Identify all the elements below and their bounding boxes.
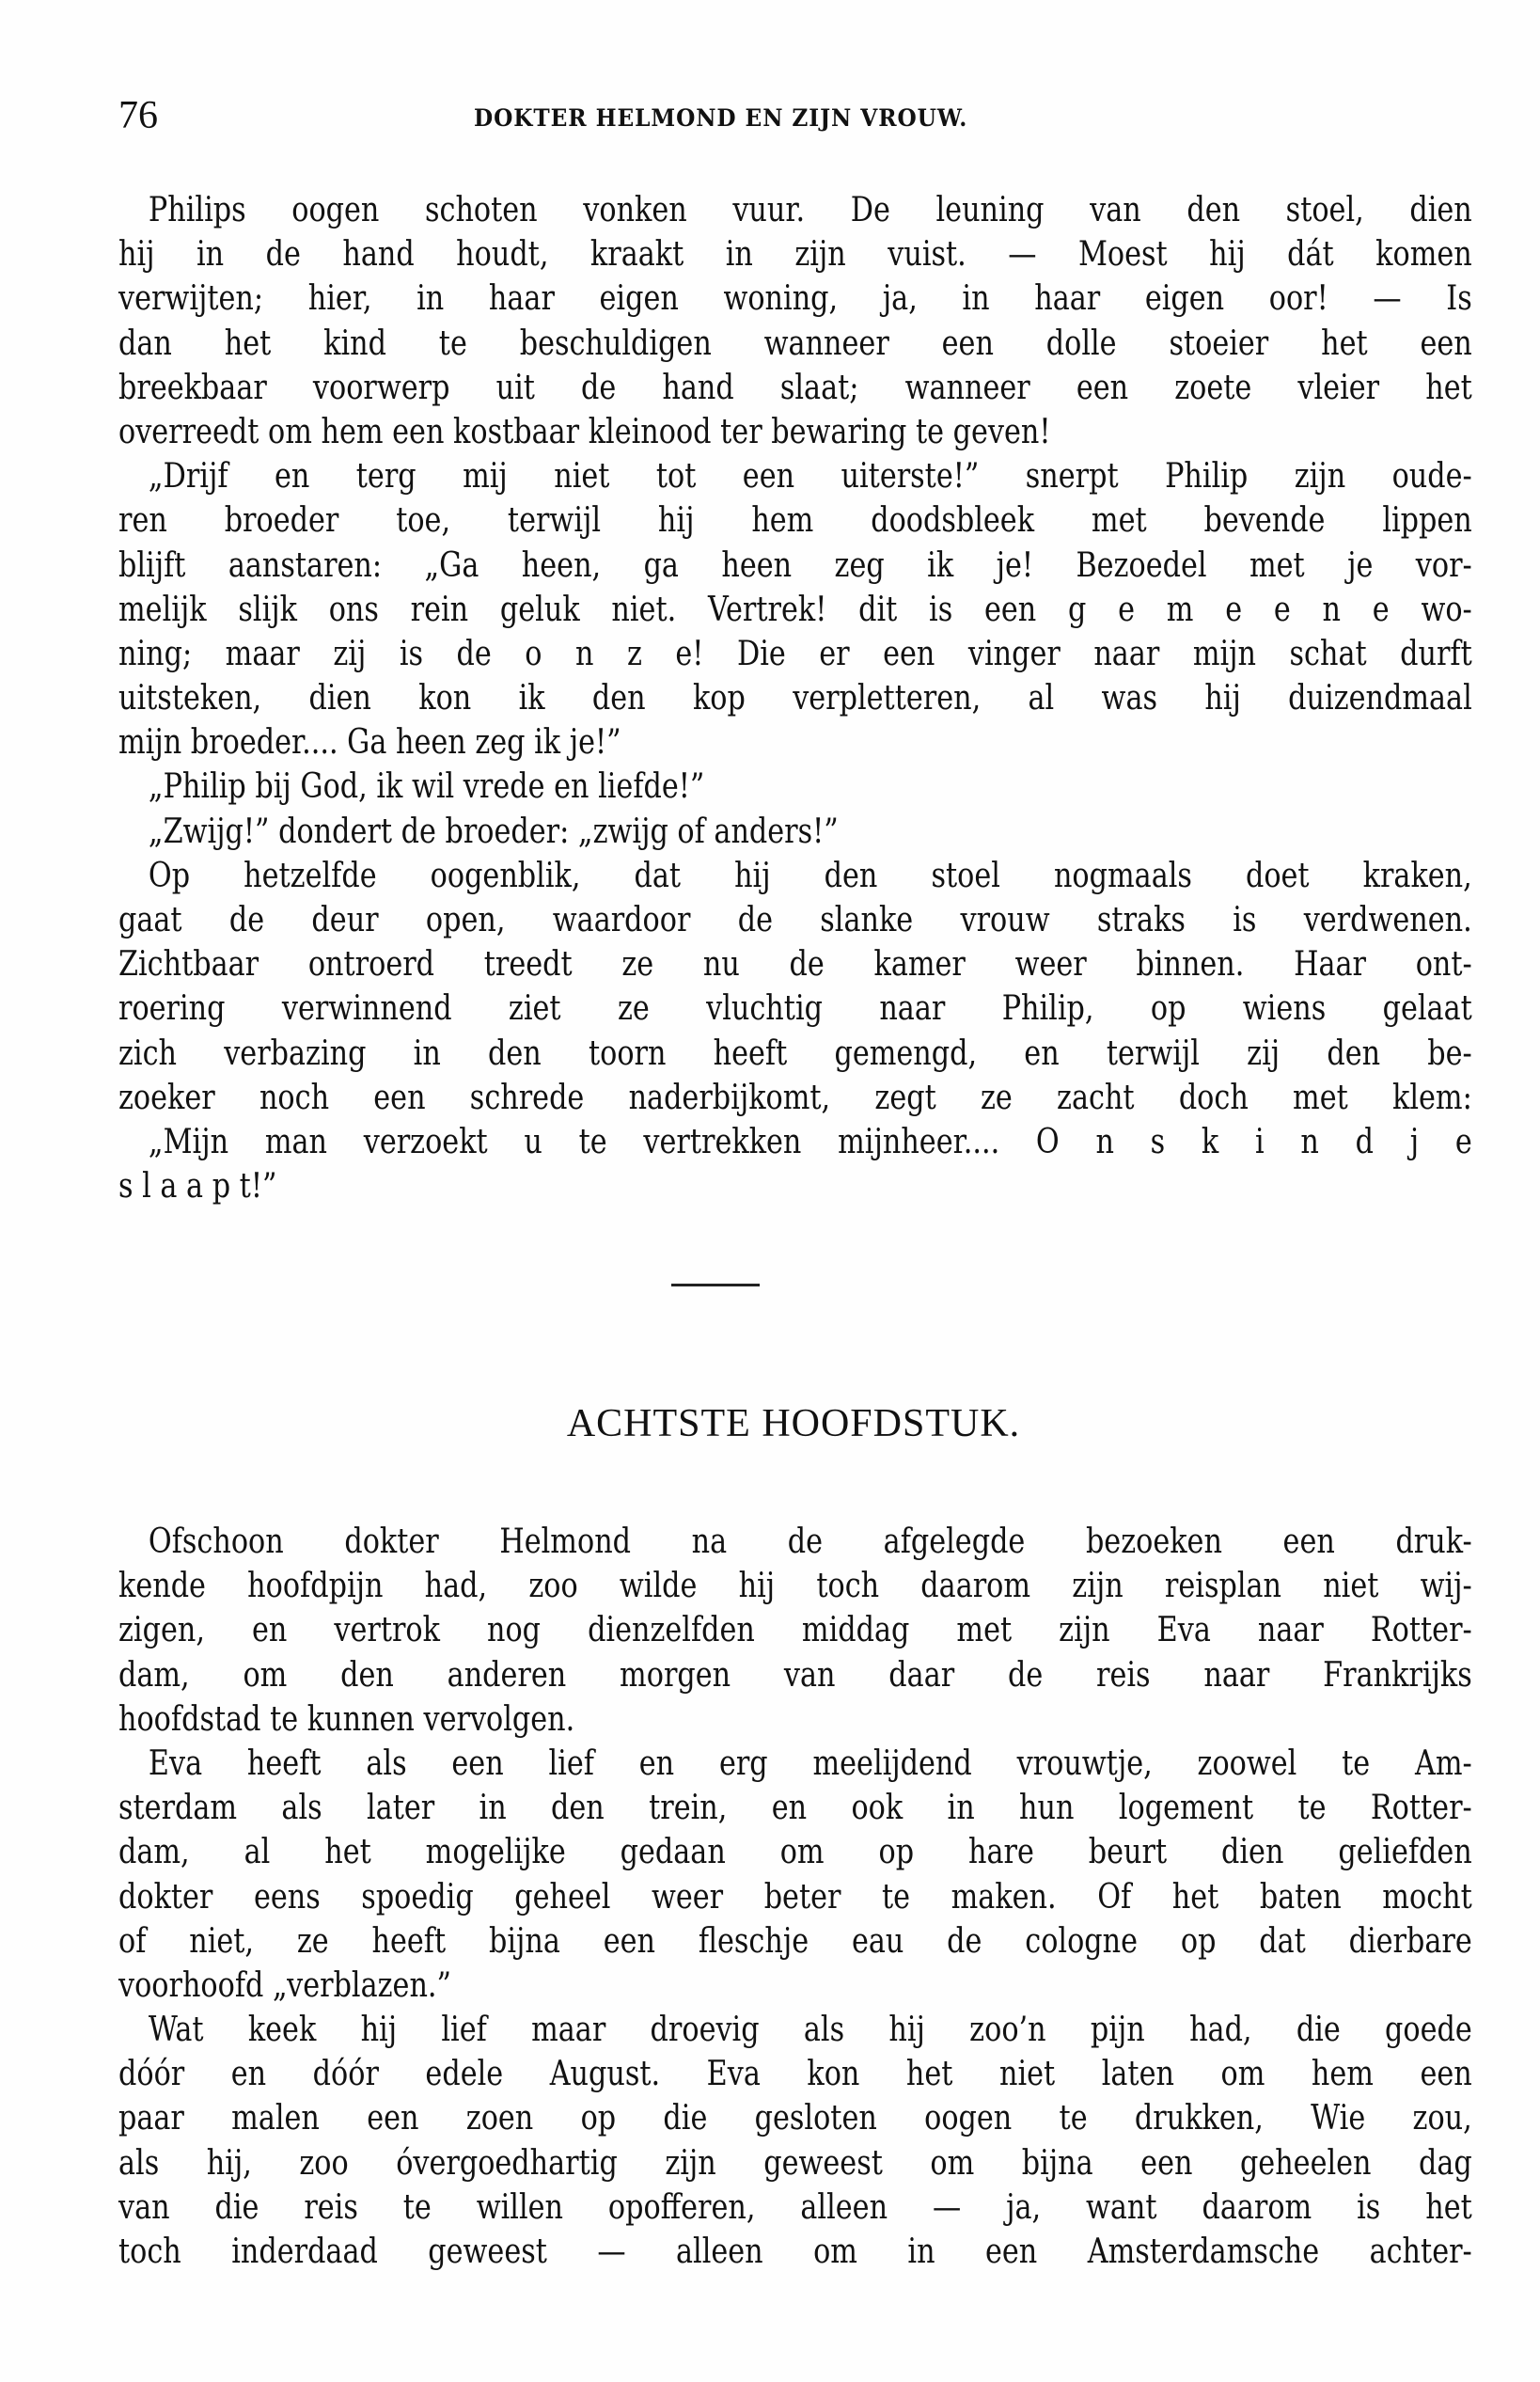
text-line: toch inderdaad geweest — alleen om in ee… xyxy=(118,2230,1472,2274)
text-line: Eva heeft als een lief en erg meelijdend… xyxy=(118,1742,1472,1786)
text-line: of niet, ze heeft bijna een fleschje eau… xyxy=(118,1919,1472,1964)
text-line: dam, om den anderen morgen van daar de r… xyxy=(118,1653,1472,1697)
text-line: ning; maar zij is de o n z e! Die er een… xyxy=(118,632,1472,676)
text-line: Wat keek hij lief maar droevig als hij z… xyxy=(118,2008,1472,2052)
text-line: sterdam als later in den trein, en ook i… xyxy=(118,1786,1472,1830)
text-line: „Drijf en terg mij niet tot een uiterste… xyxy=(118,454,1472,498)
text-line: melijk slijk ons rein geluk niet. Vertre… xyxy=(118,588,1472,632)
text-section-1: Philips oogen schoten vonken vuur. De le… xyxy=(118,188,1472,1208)
text-line: „Mijn man verzoekt u te vertrekken mijnh… xyxy=(118,1120,1472,1164)
text-line: zigen, en vertrok nog dienzelfden middag… xyxy=(118,1608,1472,1652)
text-line: als hij, zoo óvergoedhartig zijn geweest… xyxy=(118,2141,1472,2185)
text-line: zoeker noch een schrede naderbijkomt, ze… xyxy=(118,1076,1472,1120)
text-line: mijn broeder.... Ga heen zeg ik je!” xyxy=(118,720,1472,765)
text-line: s l a a p t!” xyxy=(118,1164,1472,1208)
text-line: ren broeder toe, terwijl hij hem doodsbl… xyxy=(118,498,1472,543)
text-line: gaat de deur open, waardoor de slanke vr… xyxy=(118,898,1472,942)
section-divider-rule xyxy=(671,1284,760,1286)
page-number: 76 xyxy=(118,92,158,139)
text-line: Zichtbaar ontroerd treedt ze nu de kamer… xyxy=(118,942,1472,986)
text-line: overreedt om hem een kostbaar kleinood t… xyxy=(118,410,1472,454)
text-line: blijft aanstaren: „Ga heen, ga heen zeg … xyxy=(118,544,1472,588)
text-line: dan het kind te beschuldigen wanneer een… xyxy=(118,322,1472,366)
text-line: voorhoofd „verblazen.” xyxy=(118,1964,1472,2008)
text-line: hoofdstad te kunnen vervolgen. xyxy=(118,1697,1472,1742)
text-line: van die reis te willen opofferen, alleen… xyxy=(118,2185,1472,2230)
text-line: dóór en dóór edele August. Eva kon het n… xyxy=(118,2052,1472,2096)
running-header: 76 DOKTER HELMOND EN ZIJN VROUW. xyxy=(118,92,1472,139)
text-section-2: Ofschoon dokter Helmond na de afgelegde … xyxy=(118,1520,1472,2274)
text-line: paar malen een zoen op die gesloten ooge… xyxy=(118,2096,1472,2140)
text-line: Op hetzelfde oogenblik, dat hij den stoe… xyxy=(118,854,1472,898)
text-line: „Zwijg!” dondert de broeder: „zwijg of a… xyxy=(118,810,1472,854)
text-line: breekbaar voorwerp uit de hand slaat; wa… xyxy=(118,366,1472,410)
text-line: zich verbazing in den toorn heeft gemeng… xyxy=(118,1032,1472,1076)
text-line: Ofschoon dokter Helmond na de afgelegde … xyxy=(118,1520,1472,1564)
text-line: kende hoofdpijn had, zoo wilde hij toch … xyxy=(118,1564,1472,1608)
text-line: „Philip bij God, ik wil vrede en liefde!… xyxy=(118,765,1472,809)
book-page: 76 DOKTER HELMOND EN ZIJN VROUW. Philips… xyxy=(0,0,1540,2382)
text-line: dam, al het mogelijke gedaan om op hare … xyxy=(118,1830,1472,1874)
text-line: verwijten; hier, in haar eigen woning, j… xyxy=(118,276,1472,321)
text-line: Philips oogen schoten vonken vuur. De le… xyxy=(118,188,1472,232)
running-title: DOKTER HELMOND EN ZIJN VROUW. xyxy=(474,100,967,137)
chapter-heading: ACHTSTE HOOFDSTUK. xyxy=(0,1399,1540,1448)
text-line: dokter eens spoedig geheel weer beter te… xyxy=(118,1875,1472,1919)
text-line: roering verwinnend ziet ze vluchtig naar… xyxy=(118,986,1472,1031)
text-line: hij in de hand houdt, kraakt in zijn vui… xyxy=(118,232,1472,276)
text-line: uitsteken, dien kon ik den kop verplette… xyxy=(118,676,1472,720)
